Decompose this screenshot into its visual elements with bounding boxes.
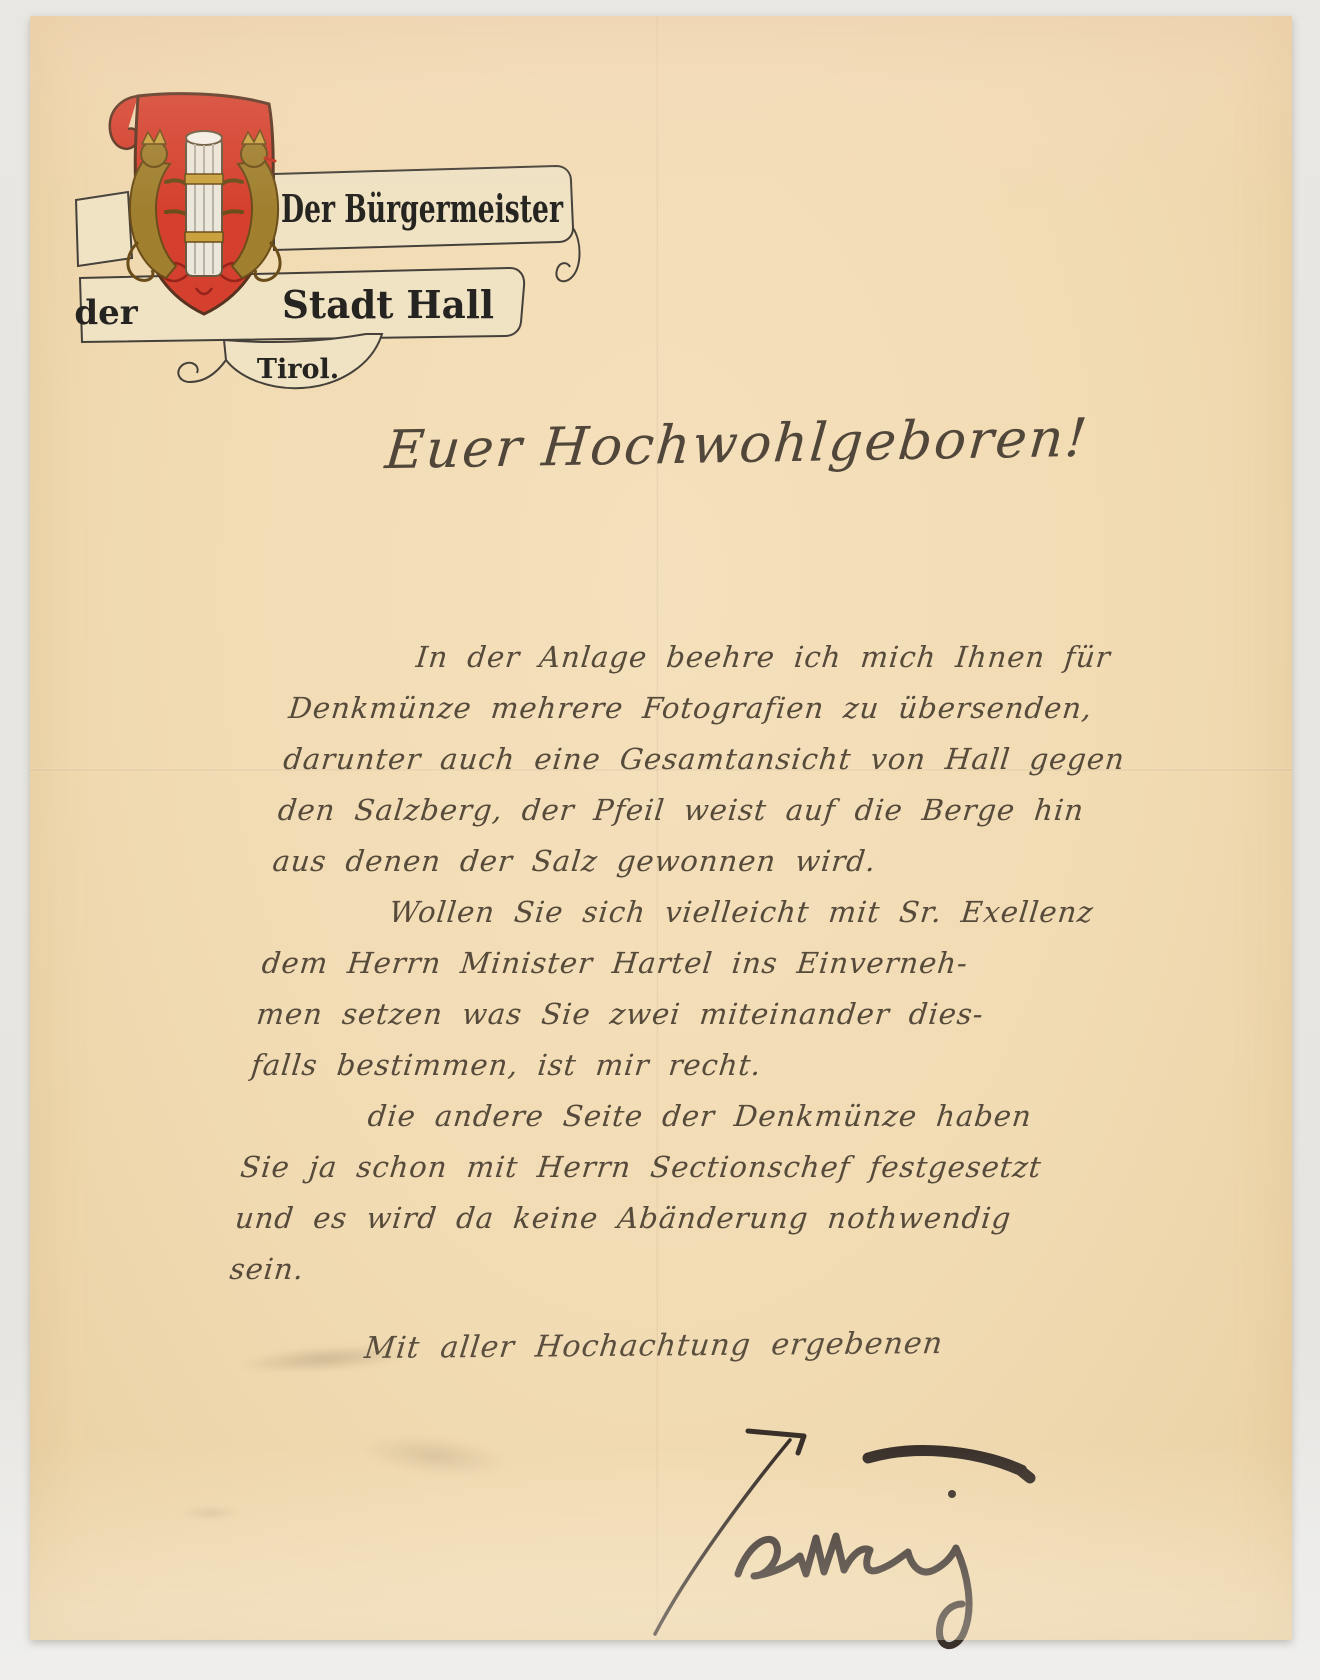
body-line: In der Anlage beehre ich mich Ihnen für xyxy=(291,632,1176,683)
banner-text-tirol: Tirol. xyxy=(257,354,339,385)
body-line: dem Herrn Minister Hartel ins Einverneh- xyxy=(259,938,1144,989)
body-line: darunter auch eine Gesamtansicht von Hal… xyxy=(281,734,1166,785)
ink-smudge xyxy=(180,1506,240,1520)
body-line: falls bestimmen, ist mir recht. xyxy=(249,1040,1134,1091)
body-line: men setzen was Sie zwei miteinander dies… xyxy=(254,989,1139,1040)
letter-paper-sheet: Der Bürgermeister der Stadt Hall Tirol. xyxy=(30,16,1292,1640)
body-line: aus denen der Salz gewonnen wird. xyxy=(270,836,1155,887)
body-line: Denkmünze mehrere Fotografien zu übersen… xyxy=(286,683,1171,734)
body-line: den Salzberg, der Pfeil weist auf die Be… xyxy=(275,785,1160,836)
ink-smudge xyxy=(358,1428,511,1483)
closing-line: Mit aller Hochachtung ergebenen xyxy=(363,1325,1068,1366)
body-line: die andere Seite der Denkmünze haben xyxy=(243,1091,1128,1142)
salt-cask xyxy=(185,131,223,276)
body-line: Wollen Sie sich vielleicht mit Sr. Exell… xyxy=(265,887,1150,938)
body-line: Sie ja schon mit Herrn Sectionschef fest… xyxy=(238,1142,1123,1193)
banner-text-stadt-hall: Stadt Hall xyxy=(282,282,494,327)
banner-text-buergermeister: Der Bürgermeister xyxy=(281,186,564,231)
letter-body: In der Anlage beehre ich mich Ihnen für … xyxy=(227,632,1177,1295)
scanned-letter-page: { "letterhead": { "banner_top": "Der Bür… xyxy=(0,0,1320,1680)
banner-text-der: der xyxy=(74,293,138,333)
banner-ribbon-bottom: der Stadt Hall Tirol. xyxy=(74,268,524,388)
hall-tirol-coat-of-arms: Der Bürgermeister der Stadt Hall Tirol. xyxy=(66,82,586,392)
signature-scrawl xyxy=(590,1406,1110,1666)
salutation-line: Euer Hochwohlgeboren! xyxy=(383,408,1090,481)
body-line: und es wird da keine Abänderung nothwend… xyxy=(233,1193,1118,1244)
body-line: sein. xyxy=(227,1244,1112,1295)
